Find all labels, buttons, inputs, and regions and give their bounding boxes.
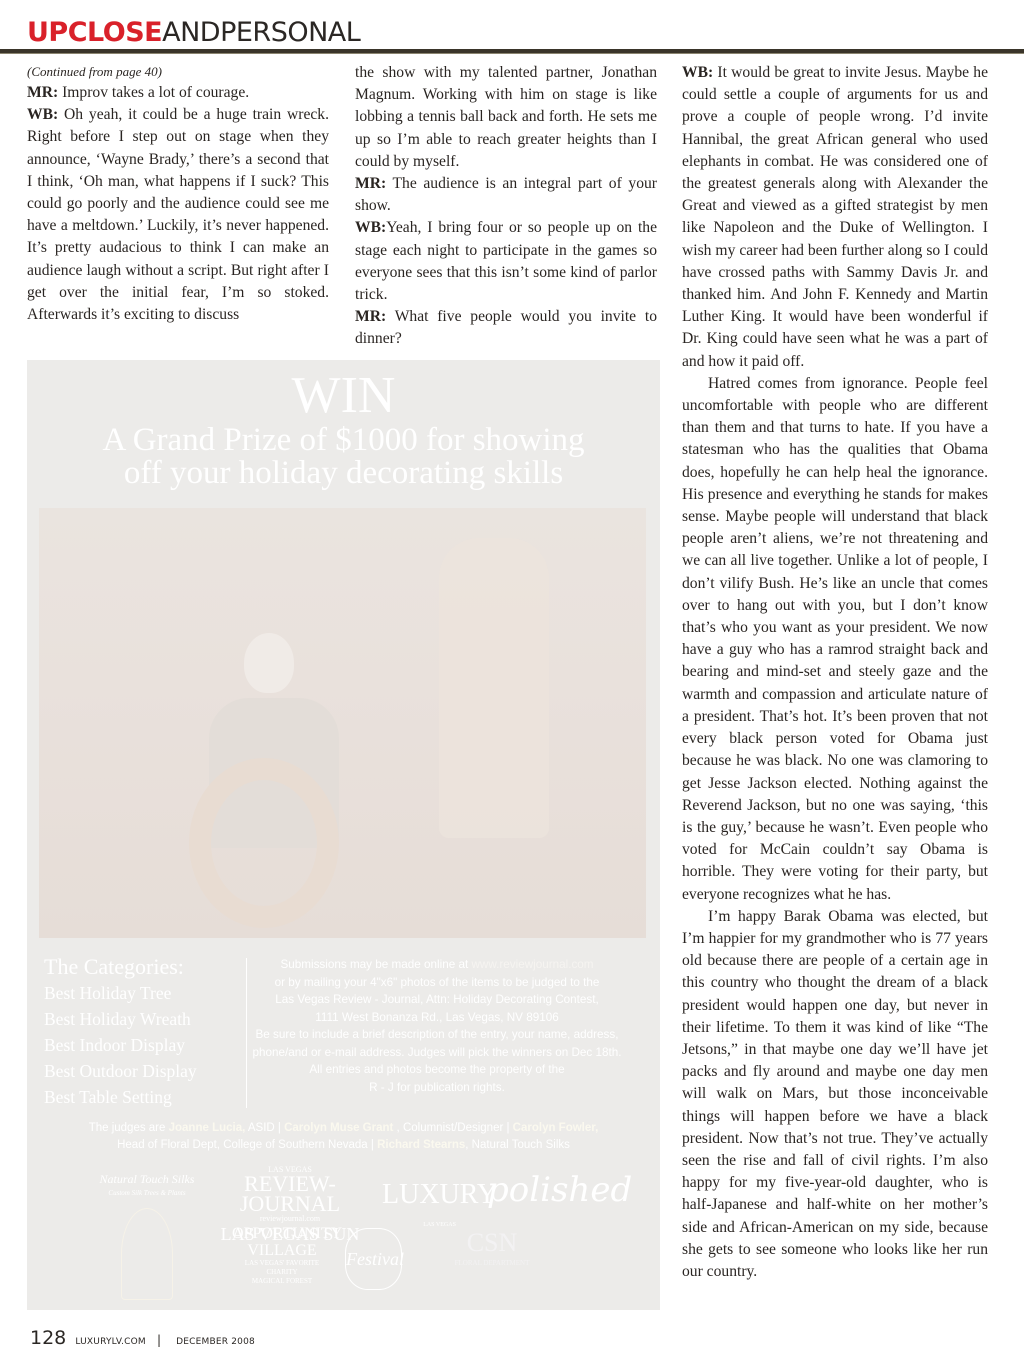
judges-line: The judges are Joanne Lucia, ASID | Caro… [27, 1120, 660, 1137]
info-line: Submissions may be made online at www.re… [217, 956, 657, 974]
judge-name: Joanne Lucia, [169, 1122, 246, 1134]
judge-role: , Columnist/Designer | [393, 1122, 512, 1134]
category-item: Best Holiday Wreath [44, 1006, 224, 1032]
judge-name: Carolyn Muse Grant [284, 1122, 393, 1134]
judge-role: , Natural Touch Silks [465, 1139, 570, 1151]
logo-text: CSN [467, 1228, 518, 1257]
continued-note: (Continued from page 40) [27, 62, 329, 82]
article-column-1: (Continued from page 40) MR: Improv take… [27, 62, 329, 326]
paragraph: MR: The audience is an integral part of … [355, 173, 657, 217]
ad-categories: The Categories: Best Holiday Tree Best H… [44, 954, 224, 1110]
paragraph-text: It would be great to invite Jesus. Maybe… [682, 64, 988, 370]
page-number: 128 [30, 1327, 66, 1349]
judge-role: ASID | [245, 1122, 284, 1134]
csn-logo: CSN FLORAL DEPARTMENT [427, 1228, 557, 1268]
speaker-label: WB: [355, 219, 386, 236]
info-line: Be sure to include a brief description o… [217, 1026, 657, 1044]
info-text: Submissions may be made online at [280, 958, 471, 971]
paragraph-text: The audience is an integral part of your… [355, 175, 657, 214]
sponsor-logos: Natural Touch Silks Custom Silk Trees & … [27, 1160, 660, 1300]
logo-subtext: MAGICAL FOREST [232, 1277, 332, 1286]
paragraph-text: the show with my talented partner, Jonat… [355, 64, 657, 170]
header-rule [0, 49, 1024, 54]
paragraph: the show with my talented partner, Jonat… [355, 62, 657, 173]
footer-separator: | [157, 1333, 161, 1347]
article-column-3: WB: It would be great to invite Jesus. M… [682, 62, 988, 1283]
speaker-label: MR: [355, 308, 386, 325]
section-header: UPCLOSEANDPERSONAL [27, 18, 360, 48]
paragraph-text: Oh yeah, it could be a huge train wreck.… [27, 106, 329, 323]
ad-headline-line: A Grand Prize of $1000 for showing [27, 424, 660, 457]
natural-touch-silks-logo: Natural Touch Silks Custom Silk Trees & … [97, 1172, 197, 1300]
logo-text: LUXURY [382, 1179, 497, 1210]
judge-name: Richard Stearns [377, 1139, 465, 1151]
category-item: Best Outdoor Display [44, 1058, 224, 1084]
footer-site: LUXURYLV.COM [75, 1337, 146, 1347]
festival-logo: Festival [345, 1228, 402, 1290]
logo-subtext: FLORAL DEPARTMENT [427, 1258, 557, 1268]
paragraph: WB: It would be great to invite Jesus. M… [682, 62, 988, 373]
speaker-label: WB: [682, 64, 713, 81]
footer-date: DECEMBER 2008 [176, 1337, 255, 1347]
paragraph: WB: Oh yeah, it could be a huge train wr… [27, 104, 329, 326]
paragraph: Hatred comes from ignorance. People feel… [682, 373, 988, 906]
info-line: 1111 West Bonanza Rd., Las Vegas, NV 891… [217, 1009, 657, 1027]
paragraph: WB:Yeah, I bring four or so people up on… [355, 217, 657, 306]
paragraph: MR: Improv takes a lot of courage. [27, 82, 329, 104]
contest-advertisement: WIN A Grand Prize of $1000 for showing o… [27, 360, 660, 1310]
ad-url-link[interactable]: www.reviewjournal.com [471, 958, 593, 971]
ad-judges: The judges are Joanne Lucia, ASID | Caro… [27, 1120, 660, 1154]
ad-submission-info: Submissions may be made online at www.re… [217, 956, 657, 1096]
ad-headline-line: off your holiday decorating skills [27, 457, 660, 490]
logo-subtext: reviewjournal.com [205, 1214, 375, 1223]
palm-fan-icon [121, 1208, 173, 1300]
article-column-2: the show with my talented partner, Jonat… [355, 62, 657, 351]
judges-line: Head of Floral Dept, College of Southern… [27, 1137, 660, 1154]
speaker-label: MR: [355, 175, 386, 192]
info-line: Las Vegas Review - Journal, Attn: Holida… [217, 991, 657, 1009]
ad-photo-holiday-display [39, 508, 646, 938]
paragraph: MR: What five people would you invite to… [355, 306, 657, 350]
logo-subtext: LAS VEGAS' FAVORITE CHARITY [232, 1259, 332, 1277]
paragraph-text: Yeah, I bring four or so people up on th… [355, 219, 657, 303]
categories-title: The Categories: [44, 954, 224, 980]
speaker-label: WB: [27, 106, 58, 123]
ad-win-title: WIN [27, 370, 660, 422]
logo-text: REVIEW-JOURNAL [205, 1174, 375, 1214]
logo-text: OPPORTUNITY VILLAGE [232, 1225, 332, 1259]
info-line: All entries and photos become the proper… [217, 1061, 657, 1079]
paragraph-text: What five people would you invite to din… [355, 308, 657, 347]
header-upclose: UPCLOSE [27, 17, 162, 48]
category-item: Best Indoor Display [44, 1032, 224, 1058]
logo-subtext: Custom Silk Trees & Plants [97, 1186, 197, 1200]
speaker-label: MR: [27, 84, 58, 101]
judge-name: Carolyn Fowler, [513, 1122, 599, 1134]
judge-role: Head of Floral Dept, College of Southern… [117, 1139, 377, 1151]
info-line: R - J for publication rights. [217, 1079, 657, 1097]
judges-intro: The judges are [89, 1122, 169, 1134]
logo-text: Natural Touch Silks [100, 1172, 195, 1186]
info-line: or by mailing your 4"x6" photos of the i… [217, 974, 657, 992]
paragraph-text: Improv takes a lot of courage. [58, 84, 249, 101]
ad-headline: A Grand Prize of $1000 for showing off y… [27, 424, 660, 490]
header-and: AND [162, 17, 220, 48]
wreath-figure [189, 758, 339, 928]
page-footer: 128 LUXURYLV.COM | DECEMBER 2008 [30, 1327, 255, 1349]
info-line: phone/and or e-mail address. Judges will… [217, 1044, 657, 1062]
header-personal: PERSONAL [220, 17, 360, 48]
category-item: Best Table Setting [44, 1084, 224, 1110]
deer-figure [439, 538, 549, 838]
opportunity-village-logo: OPPORTUNITY VILLAGE LAS VEGAS' FAVORITE … [232, 1225, 332, 1286]
person-head [244, 633, 294, 693]
polished-logo: polished [487, 1172, 632, 1208]
category-item: Best Holiday Tree [44, 980, 224, 1006]
paragraph: I’m happy Barak Obama was elected, but I… [682, 906, 988, 1283]
